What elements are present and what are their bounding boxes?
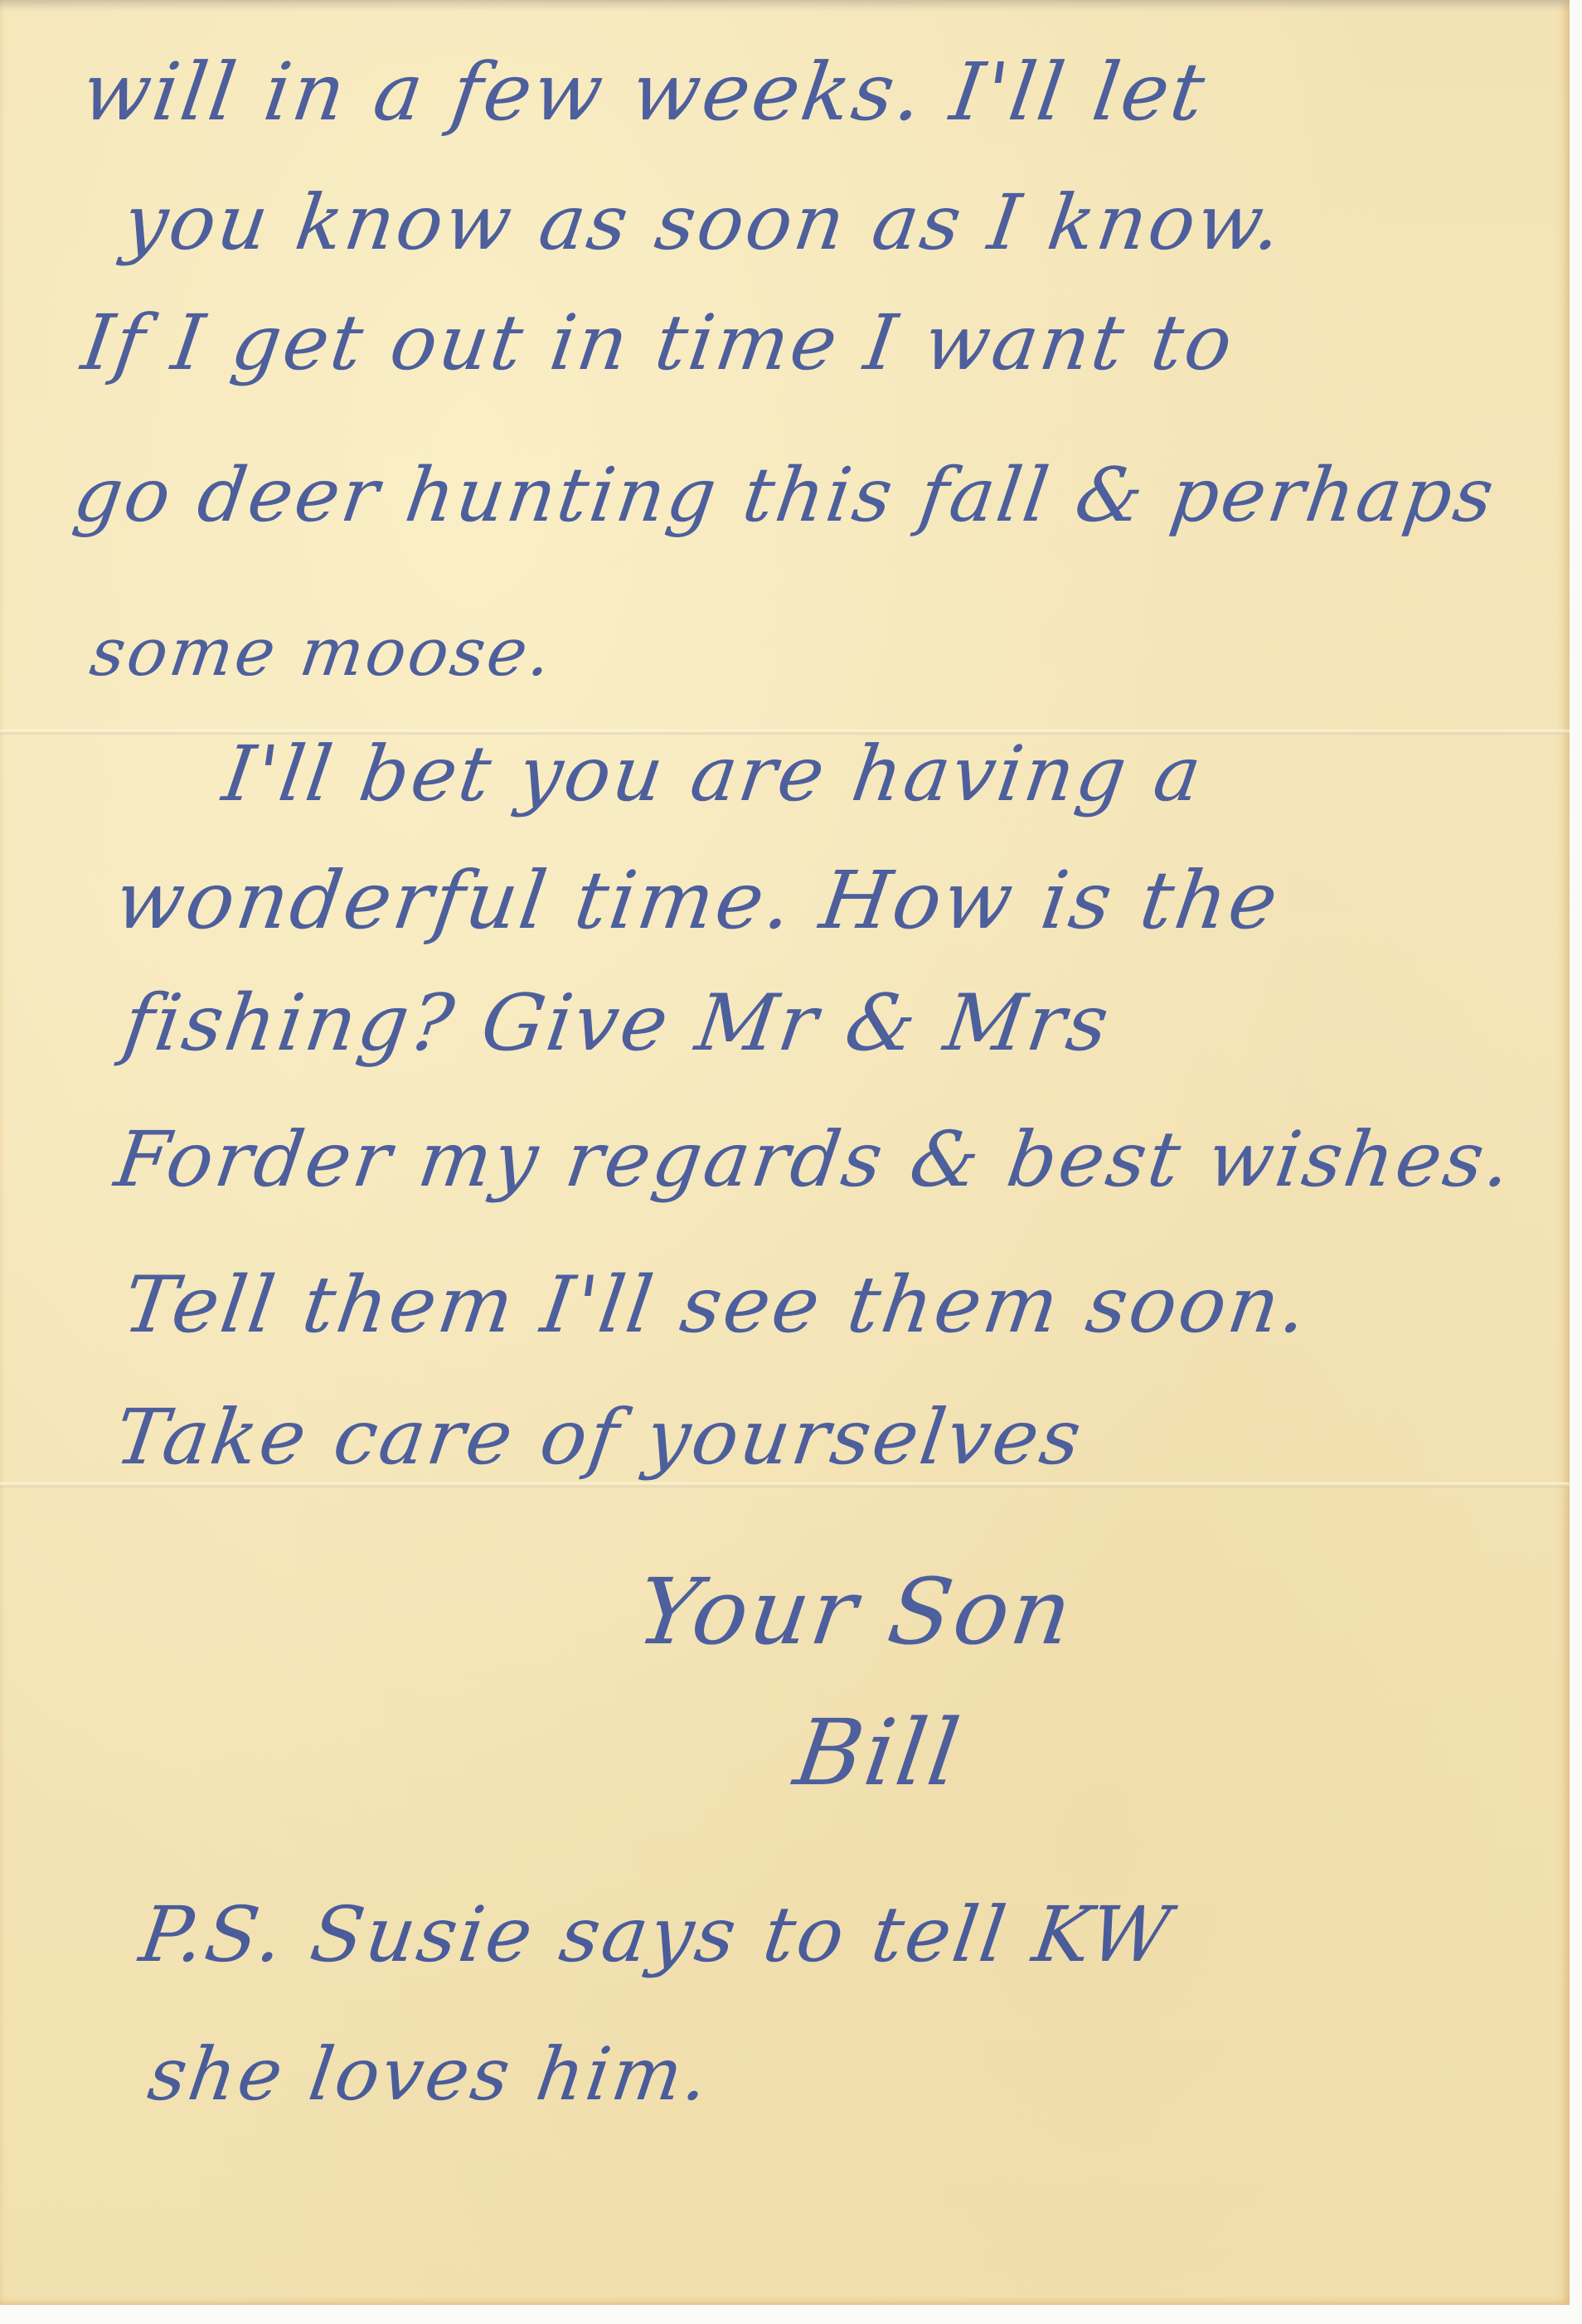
letter-signature: Bill <box>789 1700 968 1806</box>
letter-line: Tell them I'll see them soon. <box>118 1260 1314 1351</box>
letter-line: If I get out in time I want to <box>76 298 1240 387</box>
fold-crease-lower <box>0 1482 1570 1487</box>
letter-line: fishing? Give Mr & Mrs <box>118 978 1116 1069</box>
postscript-line: she loves him. <box>143 2031 716 2117</box>
postscript-line: P.S. Susie says to tell KW <box>134 1890 1177 1979</box>
letter-closing: Your Son <box>631 1559 1080 1665</box>
scan-top-shadow <box>0 0 1570 12</box>
letter-paper: will in a few weeks. I'll let you know a… <box>0 0 1570 2305</box>
letter-line: Forder my regards & best wishes. <box>109 1115 1518 1204</box>
letter-line: some moose. <box>85 614 558 691</box>
letter-line: you know as soon as I know. <box>118 178 1288 267</box>
letter-line: go deer hunting this fall & perhaps <box>69 452 1502 539</box>
letter-line: I'll bet you are having a <box>217 730 1208 818</box>
letter-line: Take care of yourselves <box>109 1393 1089 1482</box>
letter-line: wonderful time. How is the <box>109 854 1285 947</box>
letter-line: will in a few weeks. I'll let <box>76 46 1212 138</box>
